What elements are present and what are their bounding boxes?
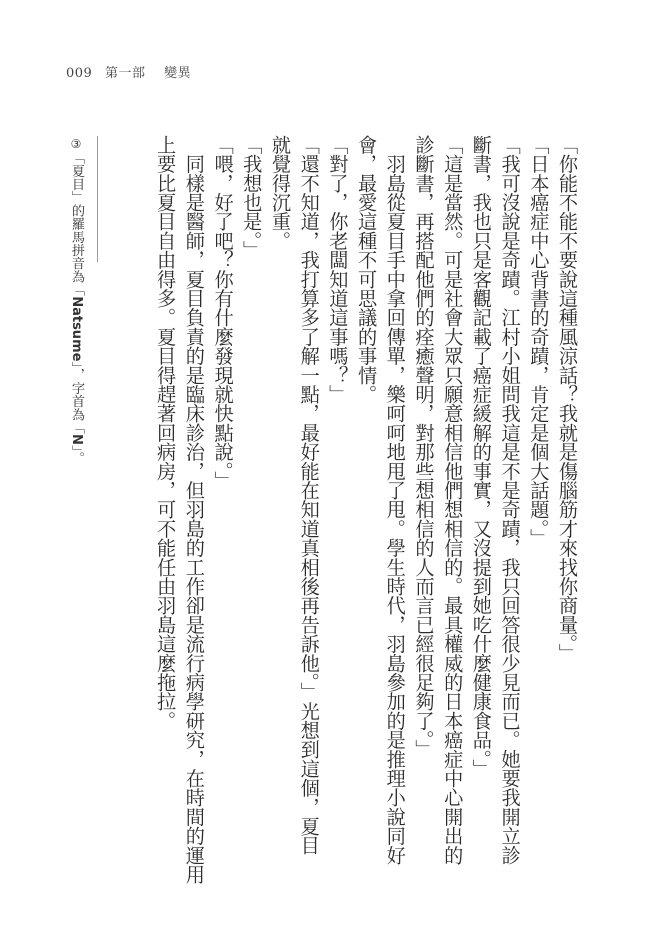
body-text: 「你能不能不要說這種風涼話？我就是傷腦筋才來找你商量。」 「日本癌症中心背書的奇… bbox=[150, 135, 581, 835]
text-column: 「對了，你老闆知道這事嗎？」 bbox=[323, 135, 352, 835]
part-title: 第一部 bbox=[105, 66, 146, 81]
footnote-initial: N bbox=[69, 434, 84, 445]
text-column: 同樣是醫師，夏目負責的是臨床診治，但羽島的工作卻是流行病學研究，在時間的運用 bbox=[179, 135, 208, 835]
footnote: ③「夏目」的羅馬拼音為「Natsume」，字首為「N」。 bbox=[66, 137, 86, 537]
text-column: 「這是當然。可是社會大眾只願意相信他們想相信的。最具權威的日本癌症中心開出的 bbox=[437, 135, 466, 835]
text-column: 「還不知道，我打算多了解一點，最好能在知道真相後再告訴他。」光想到這個，夏目 bbox=[294, 135, 323, 835]
footnote-divider bbox=[97, 136, 98, 262]
running-head: 009 第一部 變異 bbox=[66, 62, 191, 81]
text-column: 「我可沒說是奇蹟。江村小姐問我這是不是奇蹟，我只回答很少見而已。她要我開立診 bbox=[495, 135, 524, 835]
text-column: 斷書，我也只是客觀記載了癌症緩解的事實，又沒提到她吃什麼健康食品。」 bbox=[466, 135, 495, 835]
footnote-marker: ③ bbox=[69, 137, 83, 151]
footnote-romanization: Natsume bbox=[69, 296, 84, 361]
footnote-text: 」，字首為「 bbox=[69, 361, 84, 434]
text-column: 診斷書，再搭配他們的痊癒聲明，對那些想相信的人而言已經很足夠了。」 bbox=[409, 135, 438, 835]
text-column: 「我想也是。」 bbox=[237, 135, 266, 835]
text-column: 上要比夏目自由得多。夏目得趕著回病房，可不能任由羽島這麼拖拉。 bbox=[150, 135, 179, 835]
text-column: 就覺得沉重。 bbox=[265, 135, 294, 835]
text-column: 會，最愛這種不可思議的事情。 bbox=[351, 135, 380, 835]
chapter-title: 變異 bbox=[164, 66, 191, 81]
text-column: 「你能不能不要說這種風涼話？我就是傷腦筋才來找你商量。」 bbox=[552, 135, 581, 835]
footnote-text: 「夏目」的羅馬拼音為「 bbox=[69, 151, 84, 296]
text-column: 「喂，好了吧？你有什麼發現就快點說。」 bbox=[208, 135, 237, 835]
text-column: 「日本癌症中心背書的奇蹟，肯定是個大話題。」 bbox=[524, 135, 553, 835]
text-column: 羽島從夏目手中拿回傳單，樂呵呵地甩了甩。學生時代，羽島參加的是推理小說同好 bbox=[380, 135, 409, 835]
footnote-text: 」。 bbox=[69, 445, 84, 465]
page-number: 009 bbox=[66, 66, 92, 81]
